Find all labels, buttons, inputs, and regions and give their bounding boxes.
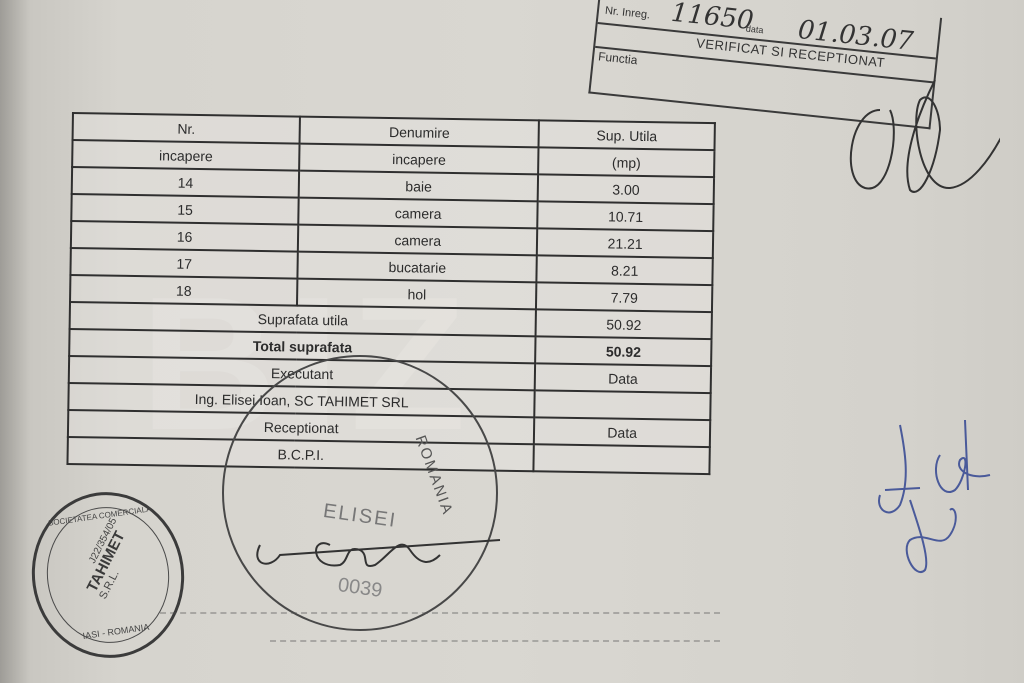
room-name: camera [298,225,537,256]
room-name: camera [298,198,537,229]
company-stamp-name: TAHIMET [65,493,146,631]
company-stamp-bottom: IASI - ROMANIA [43,616,189,646]
reg-number-label: Nr. Inreg. [604,5,650,22]
useful-area-value: 50.92 [536,309,712,339]
room-area: 21.21 [537,228,713,258]
room-area: 7.79 [536,282,712,312]
room-nr: 15 [71,194,299,225]
room-area: 3.00 [538,174,714,204]
executant-date-value [535,390,711,420]
room-name: baie [299,171,538,202]
room-nr: 16 [71,221,299,252]
engineer-stamp: ELISEI ROMANIA 0039 [222,355,498,631]
signature-blue [870,410,1020,580]
total-area-value: 50.92 [535,336,711,366]
room-name: bucatarie [298,252,537,283]
signature-engineer [250,515,520,585]
received-date-label: Data [534,417,710,447]
room-area: 8.21 [537,255,713,285]
header-area-unit: (mp) [538,147,714,177]
header-name-2: incapere [299,144,538,175]
function-label: Functia [598,49,639,67]
room-name: hol [297,279,536,310]
company-stamp-top: SOCIETATEA COMERCIALA [27,501,173,530]
company-stamp: SOCIETATEA COMERCIALA J22/354/05 TAHIMET… [21,482,195,668]
executant-date-label: Data [535,363,711,393]
header-area: Sup. Utila [539,120,715,150]
header-nr: Nr. [73,113,301,144]
dotted-line [270,640,720,643]
room-nr: 14 [72,167,300,198]
header-nr-2: incapere [72,140,300,171]
dotted-line [160,612,720,615]
engineer-stamp-side: ROMANIA [412,433,457,518]
room-nr: 18 [70,275,298,306]
received-date-value [534,444,710,474]
header-name: Denumire [300,117,539,148]
company-stamp-suffix: S.R.L. [71,517,148,653]
signature-top-right [840,70,1000,200]
room-nr: 17 [70,248,298,279]
date-label: data [745,24,763,36]
room-area: 10.71 [537,201,713,231]
